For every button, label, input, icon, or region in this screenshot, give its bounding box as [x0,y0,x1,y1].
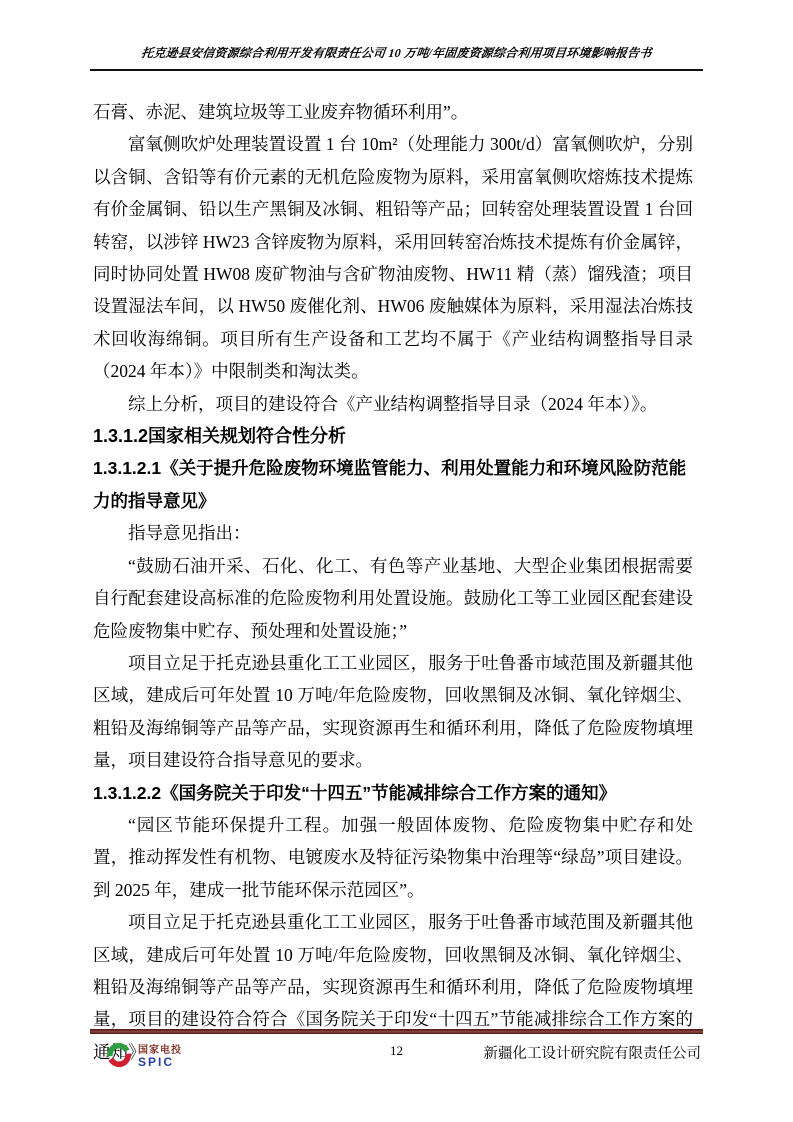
heading-1-3-1-2-2: 1.3.1.2.2《国务院关于印发“十四五”节能减排综合工作方案的通知》 [93,777,693,809]
paragraph: 项目立足于托克逊县重化工工业园区，服务于吐鲁番市域范围及新疆其他区域，建成后可年… [93,647,693,777]
paragraph-quote: “园区节能环保提升工程。加强一般固体废物、危险废物集中贮存和处置，推动挥发性有机… [93,809,693,906]
footer-row: 国家电投 SPIC 12 新疆化工设计研究院有限责任公司 [90,1034,703,1078]
spic-logo-en: SPIC [138,1056,182,1069]
running-header-title: 托克逊县安信资源综合利用开发有限责任公司 10 万吨/年固废资源综合利用项目环境… [89,44,704,61]
page-number: 12 [390,1043,403,1059]
footer-company-name: 新疆化工设计研究院有限责任公司 [484,1042,702,1063]
spic-swirl-icon [104,1040,134,1075]
paragraph: 指导意见指出： [93,517,693,549]
paragraph: 富氧侧吹炉处理装置设置 1 台 10m²（处理能力 300t/d）富氧侧吹炉，分… [93,128,693,387]
heading-1-3-1-2-1: 1.3.1.2.1《关于提升危险废物环境监管能力、利用处置能力和环境风险防范能力… [93,452,693,517]
heading-1-3-1-2: 1.3.1.2国家相关规划符合性分析 [93,420,693,452]
spic-logo: 国家电投 SPIC [104,1040,182,1075]
page-header: 托克逊县安信资源综合利用开发有限责任公司 10 万吨/年固废资源综合利用项目环境… [90,44,703,71]
page-footer: 国家电投 SPIC 12 新疆化工设计研究院有限责任公司 [90,1029,703,1078]
spic-logo-text: 国家电投 SPIC [138,1046,182,1069]
report-page: 托克逊县安信资源综合利用开发有限责任公司 10 万吨/年固废资源综合利用项目环境… [0,0,793,1122]
paragraph-quote: “鼓励石油开采、石化、化工、有色等产业基地、大型企业集团根据需要自行配套建设高标… [93,550,693,647]
document-body: 石膏、赤泥、建筑垃圾等工业废弃物循环利用”。 富氧侧吹炉处理装置设置 1 台 1… [93,96,693,1068]
paragraph-continuation: 石膏、赤泥、建筑垃圾等工业废弃物循环利用”。 [93,96,693,128]
paragraph: 综上分析，项目的建设符合《产业结构调整指导目录（2024 年本）》。 [93,388,693,420]
